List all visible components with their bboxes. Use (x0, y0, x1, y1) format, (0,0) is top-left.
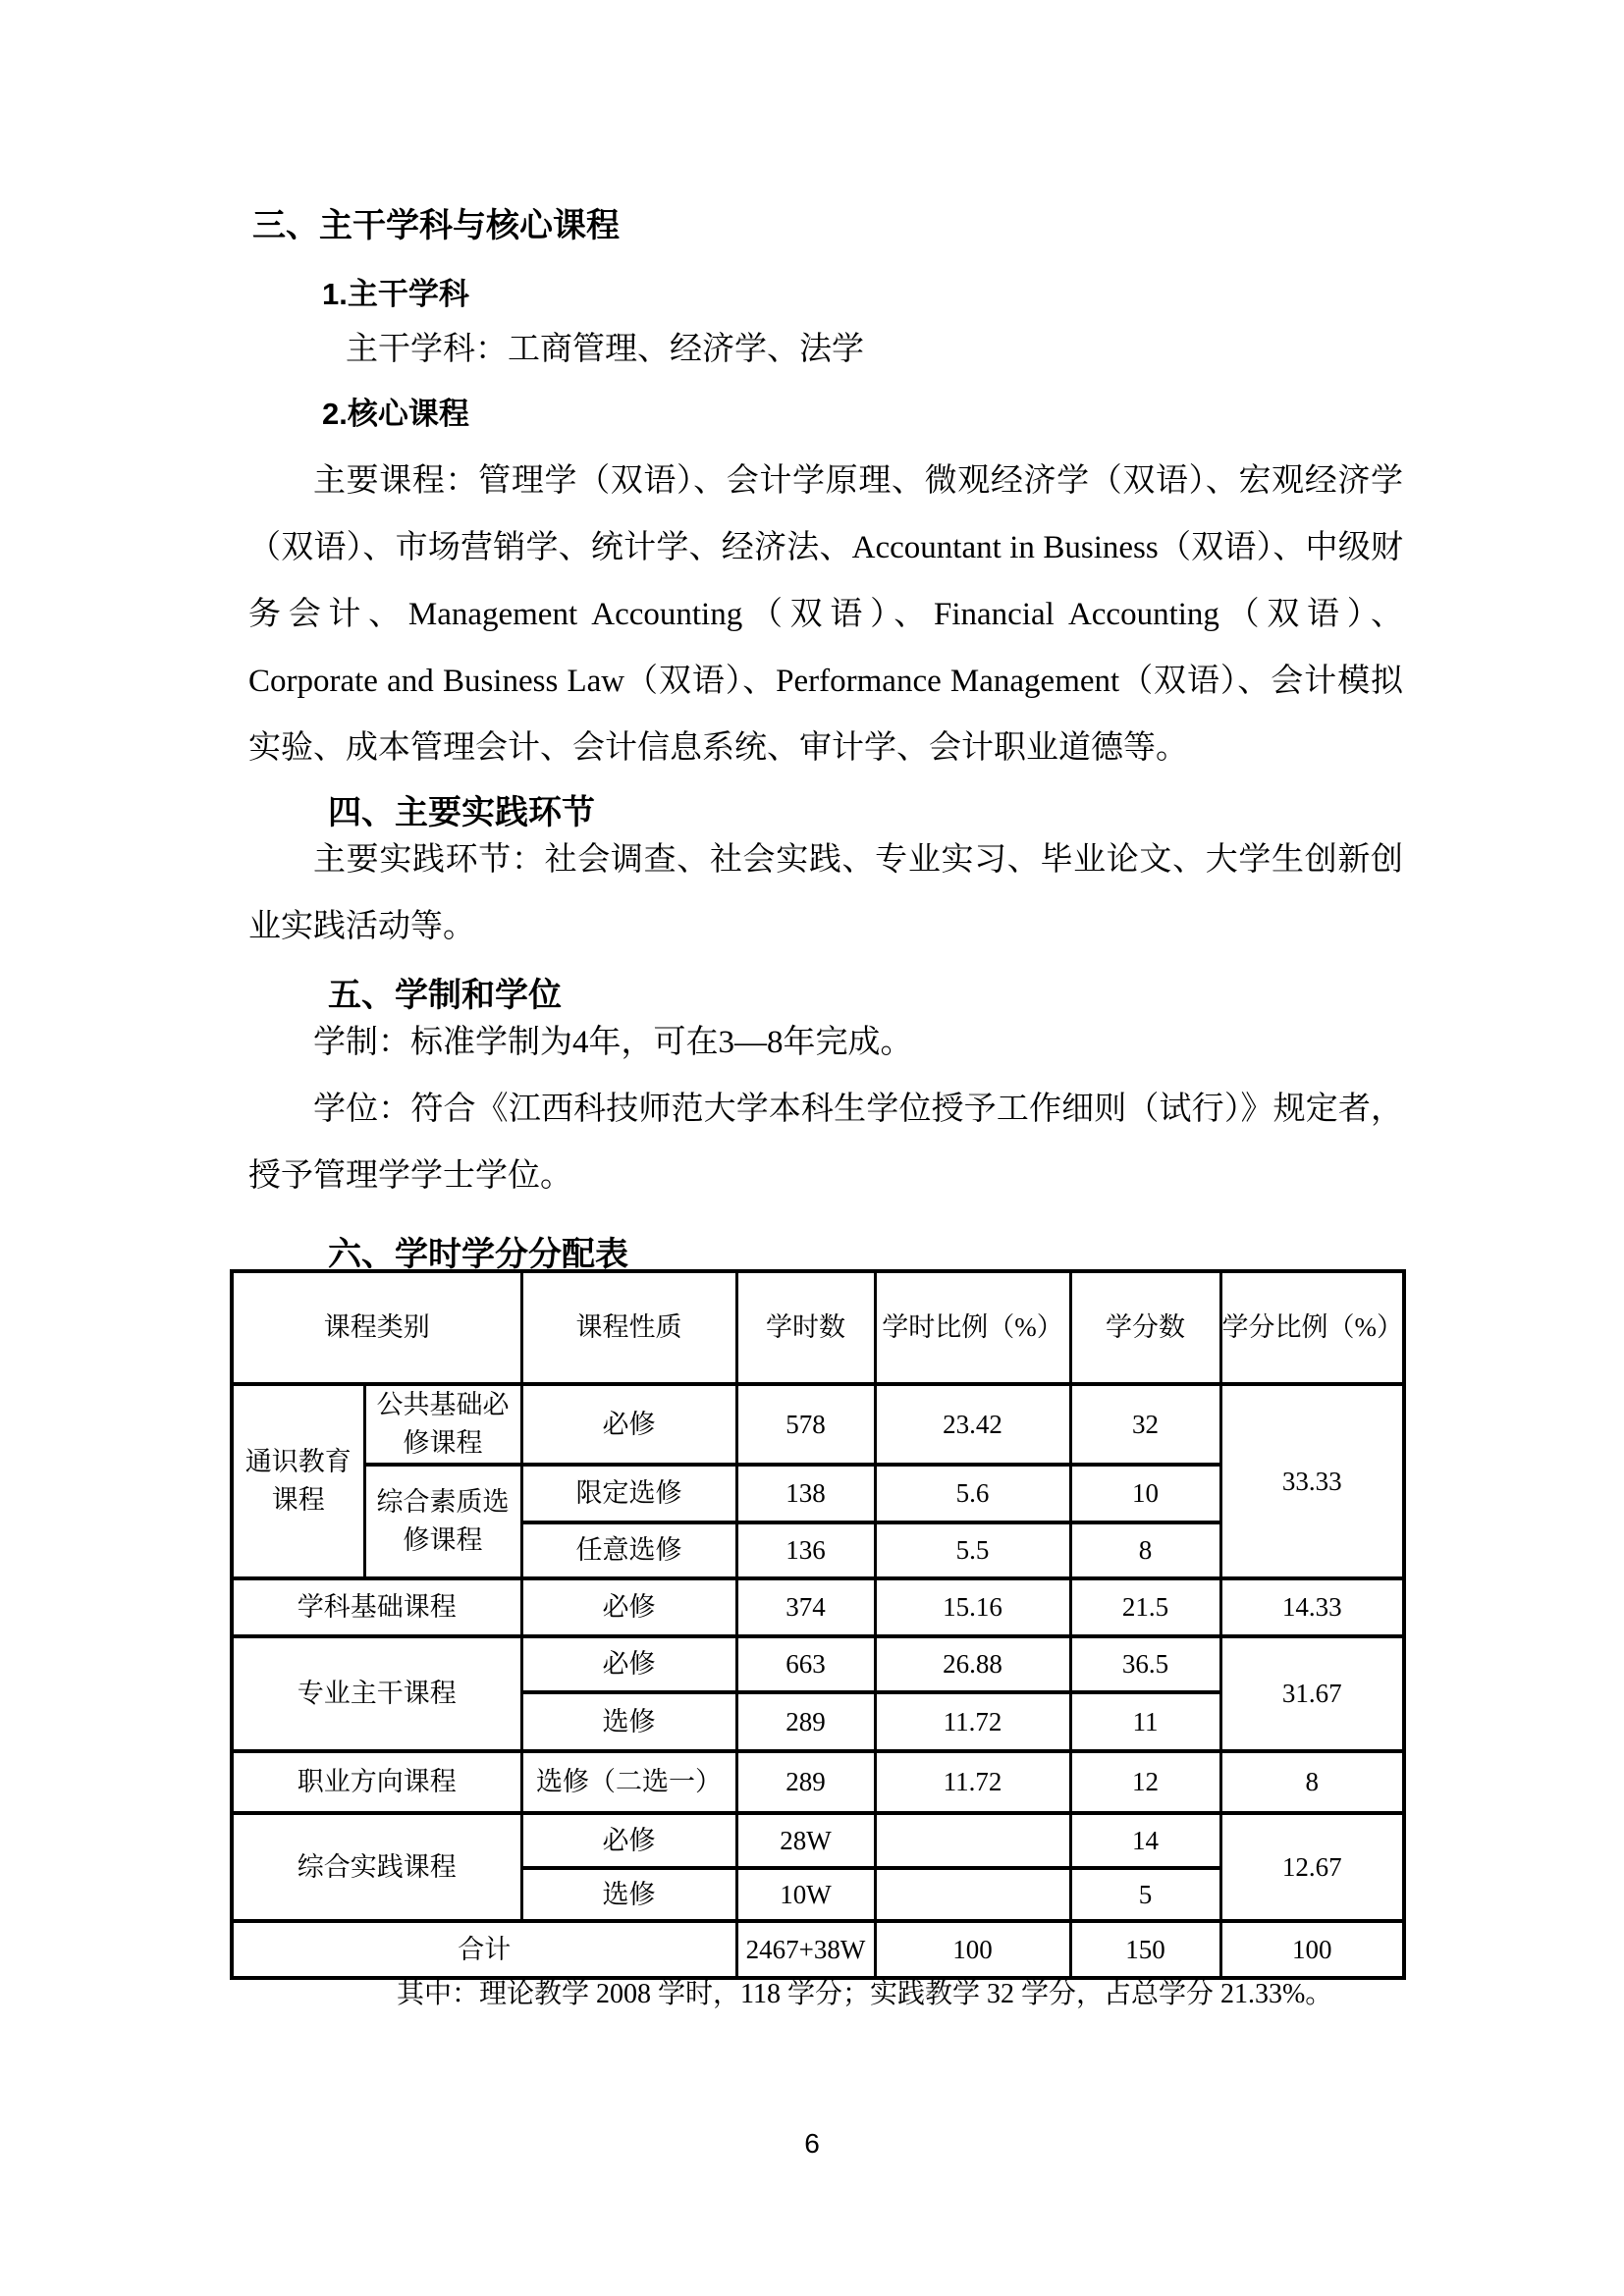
cell-credits: 11 (1070, 1692, 1220, 1751)
cell-nature: 必修 (521, 1636, 736, 1692)
table-row: 综合实践课程 必修 28W 14 12.67 (232, 1813, 1404, 1868)
col-header-credits-pct: 学分比例（%） (1220, 1271, 1404, 1384)
col-header-category: 课程类别 (232, 1271, 521, 1384)
cell-hours-pct (875, 1868, 1070, 1921)
table-header-row: 课程类别 课程性质 学时数 学时比例（%） 学分数 学分比例（%） (232, 1271, 1404, 1384)
cell-nature: 选修 (521, 1868, 736, 1921)
cell-credits-pct: 100 (1220, 1921, 1404, 1978)
cell-hours-pct: 15.16 (875, 1578, 1070, 1636)
cell-hours-pct: 100 (875, 1921, 1070, 1978)
cell-subcategory: 公共基础必修课程 (364, 1384, 521, 1465)
cell-credits: 8 (1070, 1522, 1220, 1578)
cell-nature: 必修 (521, 1578, 736, 1636)
col-header-nature: 课程性质 (521, 1271, 736, 1384)
cell-credits: 150 (1070, 1921, 1220, 1978)
cell-nature: 选修（二选一） (521, 1751, 736, 1813)
cell-hours-pct: 5.6 (875, 1465, 1070, 1522)
cell-credits: 21.5 (1070, 1578, 1220, 1636)
cell-category: 专业主干课程 (232, 1636, 521, 1751)
cell-hours-pct: 26.88 (875, 1636, 1070, 1692)
degree-paragraph: 学位：符合《江西科技师范大学本科生学位授予工作细则（试行）》规定者，授予管理学学… (248, 1076, 1403, 1209)
credit-allocation-table: 课程类别 课程性质 学时数 学时比例（%） 学分数 学分比例（%） 通识教育课程… (230, 1269, 1406, 1980)
cell-hours: 578 (736, 1384, 875, 1465)
table-footnote: 其中：理论教学 2008 学时，118 学分；实践教学 32 学分，占总学分 2… (397, 1975, 1332, 2014)
cell-hours: 10W (736, 1868, 875, 1921)
table-row: 职业方向课程 选修（二选一） 289 11.72 12 8 (232, 1751, 1404, 1813)
section3-sub2-heading: 2.核心课程 (322, 396, 469, 433)
duration-paragraph: 学制：标准学制为4年，可在3—8年完成。 (248, 1009, 1403, 1076)
section3-sub1-heading: 1.主干学科 (322, 276, 469, 313)
core-courses-paragraph: 主要课程：管理学（双语）、会计学原理、微观经济学（双语）、宏观经济学（双语）、市… (248, 448, 1403, 781)
cell-credits-pct: 31.67 (1220, 1636, 1404, 1751)
document-page: 三、主干学科与核心课程 1.主干学科 主干学科：工商管理、经济学、法学 2.核心… (0, 0, 1624, 2296)
cell-credits: 10 (1070, 1465, 1220, 1522)
cell-credits-pct: 33.33 (1220, 1384, 1404, 1578)
section6-heading: 六、学时学分分配表 (328, 1235, 628, 1274)
cell-category: 通识教育课程 (232, 1384, 364, 1578)
cell-credits: 36.5 (1070, 1636, 1220, 1692)
cell-hours: 289 (736, 1692, 875, 1751)
cell-total-label: 合计 (232, 1921, 736, 1978)
main-subjects-text: 主干学科：工商管理、经济学、法学 (346, 331, 864, 368)
cell-hours-pct: 5.5 (875, 1522, 1070, 1578)
cell-nature: 限定选修 (521, 1465, 736, 1522)
col-header-hours: 学时数 (736, 1271, 875, 1384)
cell-hours-pct: 11.72 (875, 1692, 1070, 1751)
cell-category: 综合实践课程 (232, 1813, 521, 1921)
cell-credits: 5 (1070, 1868, 1220, 1921)
cell-nature: 必修 (521, 1384, 736, 1465)
col-header-credits: 学分数 (1070, 1271, 1220, 1384)
cell-hours: 136 (736, 1522, 875, 1578)
cell-credits: 12 (1070, 1751, 1220, 1813)
cell-credits-pct: 8 (1220, 1751, 1404, 1813)
cell-credits: 14 (1070, 1813, 1220, 1868)
cell-category: 学科基础课程 (232, 1578, 521, 1636)
col-header-hours-pct: 学时比例（%） (875, 1271, 1070, 1384)
cell-hours: 374 (736, 1578, 875, 1636)
cell-hours-pct: 23.42 (875, 1384, 1070, 1465)
cell-category: 职业方向课程 (232, 1751, 521, 1813)
cell-hours: 28W (736, 1813, 875, 1868)
page-number: 6 (0, 2128, 1624, 2160)
cell-hours: 663 (736, 1636, 875, 1692)
practice-paragraph: 主要实践环节：社会调查、社会实践、专业实习、毕业论文、大学生创新创业实践活动等。 (248, 827, 1403, 960)
cell-credits: 32 (1070, 1384, 1220, 1465)
cell-hours-pct (875, 1813, 1070, 1868)
cell-hours: 289 (736, 1751, 875, 1813)
cell-hours: 2467+38W (736, 1921, 875, 1978)
table-total-row: 合计 2467+38W 100 150 100 (232, 1921, 1404, 1978)
table-row: 专业主干课程 必修 663 26.88 36.5 31.67 (232, 1636, 1404, 1692)
cell-credits-pct: 14.33 (1220, 1578, 1404, 1636)
table-row: 学科基础课程 必修 374 15.16 21.5 14.33 (232, 1578, 1404, 1636)
cell-subcategory: 综合素质选修课程 (364, 1465, 521, 1578)
table-row: 通识教育课程 公共基础必修课程 必修 578 23.42 32 33.33 (232, 1384, 1404, 1465)
cell-hours: 138 (736, 1465, 875, 1522)
section3-heading: 三、主干学科与核心课程 (252, 206, 620, 245)
cell-nature: 必修 (521, 1813, 736, 1868)
cell-nature: 任意选修 (521, 1522, 736, 1578)
cell-hours-pct: 11.72 (875, 1751, 1070, 1813)
cell-credits-pct: 12.67 (1220, 1813, 1404, 1921)
cell-nature: 选修 (521, 1692, 736, 1751)
